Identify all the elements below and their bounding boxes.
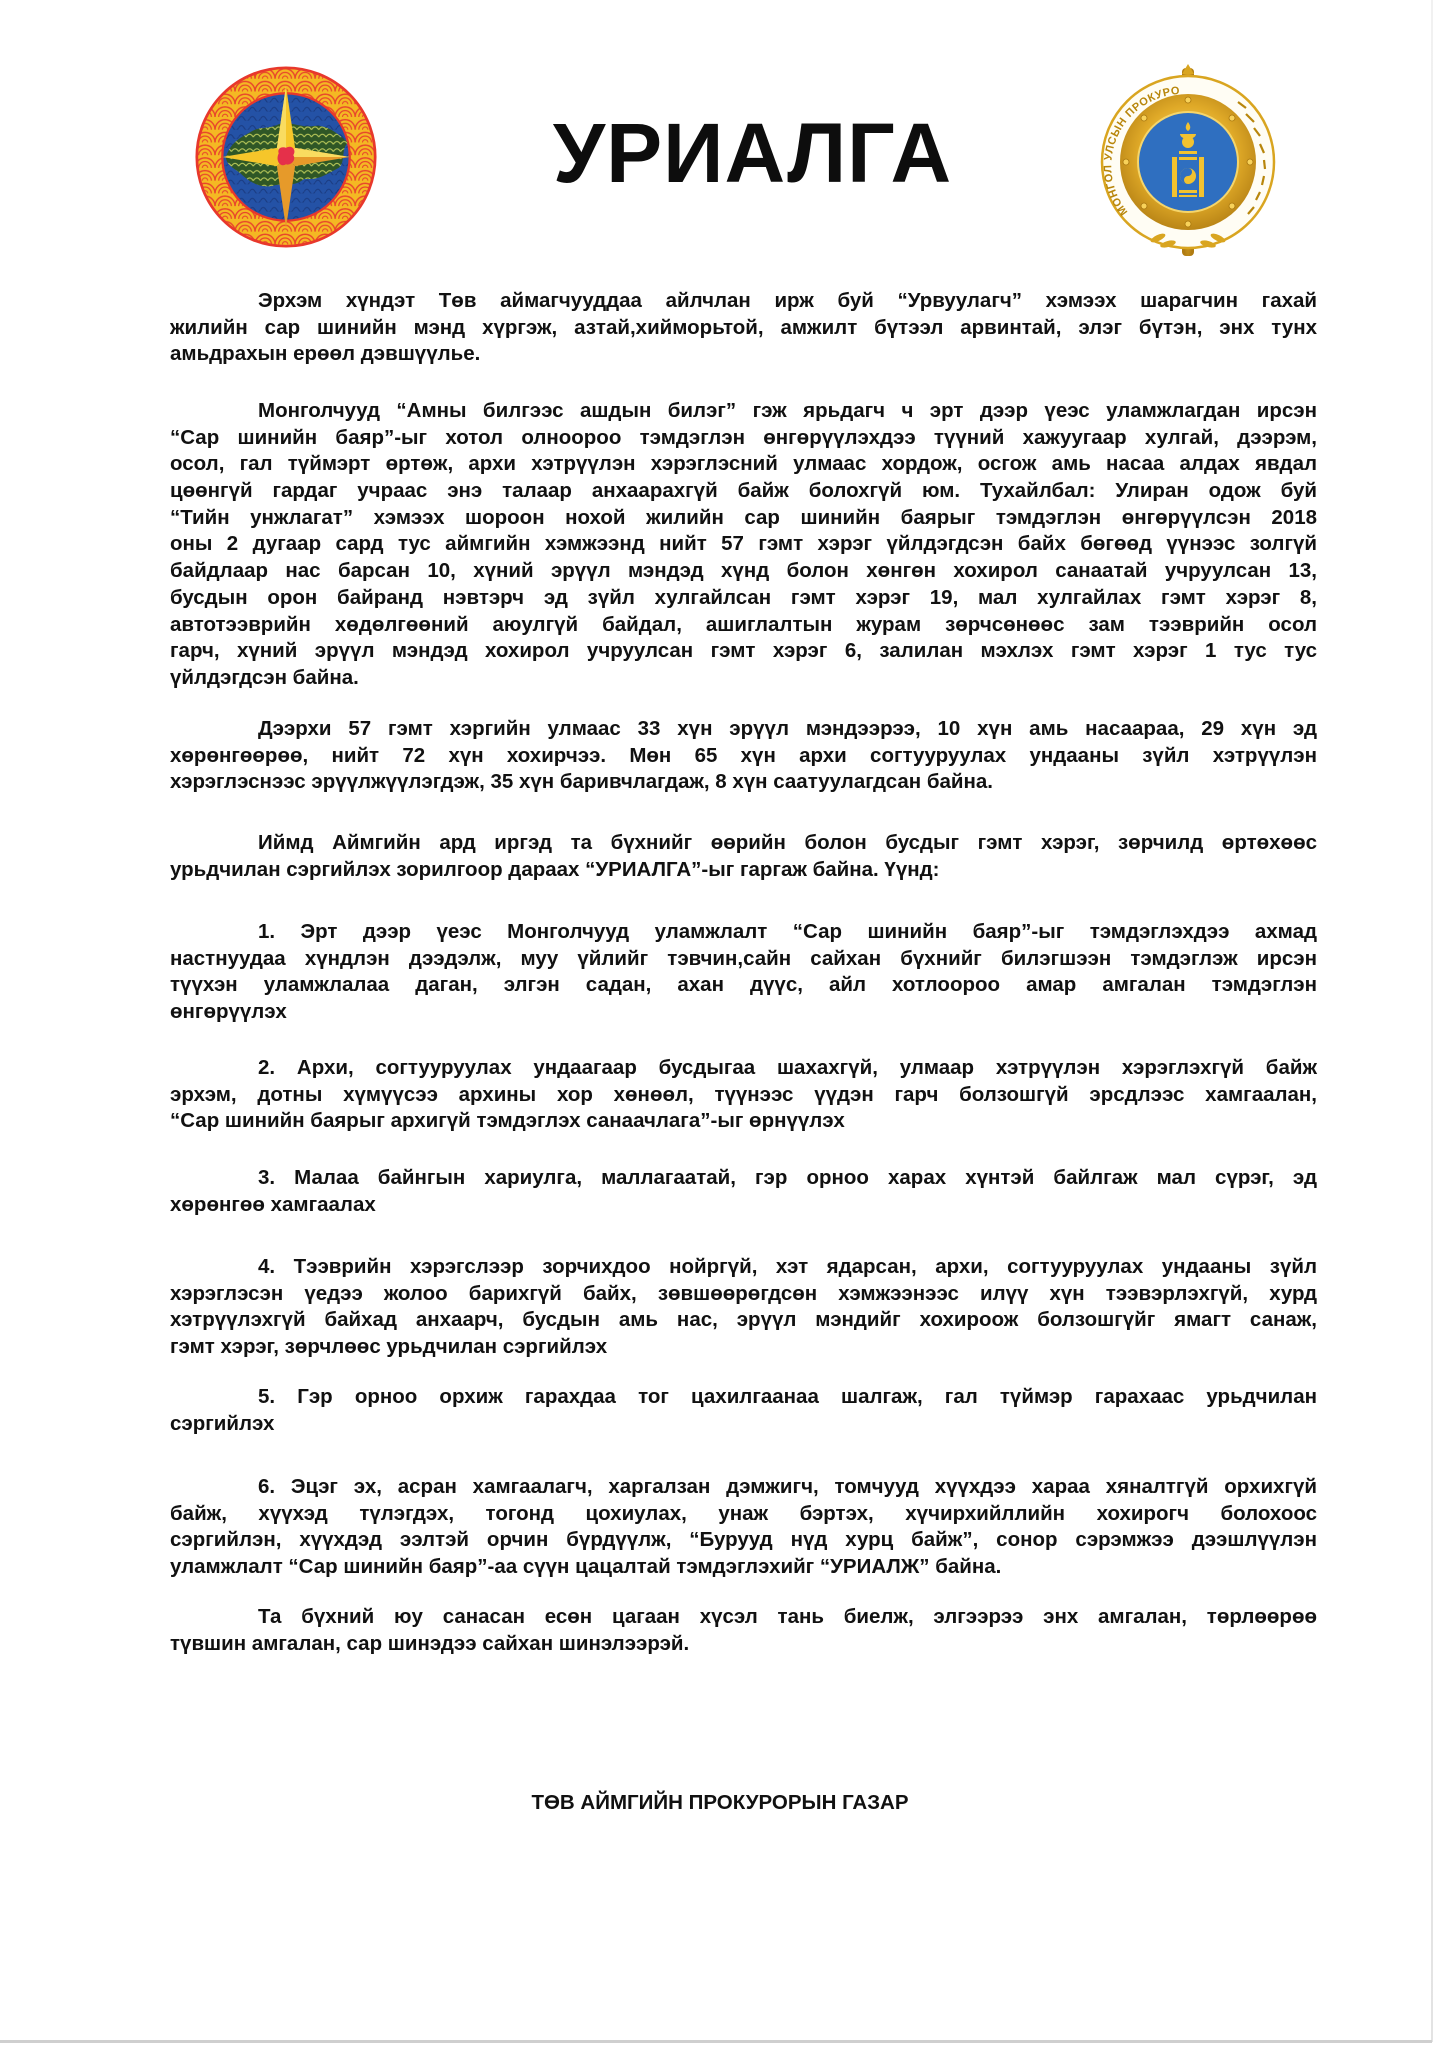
statistics-paragraph: Монголчууд “Амны билгээс ашдын билэг” гэ… [170,398,1317,692]
text-line: оны 2 дугаар сард тус аймгийн хэмжээнд н… [170,531,1317,558]
text-line: гэмт хэрэг, зөрчлөөс урьдчилан сэргийлэх [170,1334,1317,1361]
greeting-paragraph: Эрхэм хүндэт Төв аймагчууддаа айлчлан ир… [170,288,1317,368]
text-line: амьдрахын ерөөл дэвшүүлье. [170,341,1317,368]
text-line: бусдын орон байранд нэвтэрч эд зүйл хулг… [170,585,1317,612]
text-line: үйлдэгдсэн байна. [170,665,1317,692]
text-line: хөрөнгөөрөө, нийт 72 хүн хохирчээ. Мөн 6… [170,743,1317,770]
text-line: осол, гал түймэрт өртөж, архи хэтрүүлэн … [170,451,1317,478]
appeal-intro-paragraph: Иймд Аймгийн ард иргэд та бүхнийг өөрийн… [170,830,1317,883]
text-line: Иймд Аймгийн ард иргэд та бүхнийг өөрийн… [170,830,1317,857]
text-line: автотээврийн хөдөлгөөний аюулгүй байдал,… [170,612,1317,639]
list-item-2: 2. Архи, согтууруулах ундаагаар бусдыгаа… [170,1055,1317,1135]
text-line: 1. Эрт дээр үеэс Монголчууд уламжлалт “С… [170,919,1317,946]
text-line: урьдчилан сэргийлэх зорилгоор дараах “УР… [170,857,1317,884]
text-line: 2. Архи, согтууруулах ундаагаар бусдыгаа… [170,1055,1317,1082]
list-item-1: 1. Эрт дээр үеэс Монголчууд уламжлалт “С… [170,919,1317,1026]
list-item-3: 3. Малаа байнгын хариулга, маллагаатай, … [170,1165,1317,1218]
emergency-emblem-logo [195,66,377,248]
scan-page-edge [1431,0,1433,2042]
text-line: хэрэглэснээс эрүүлжүүлэгдэж, 35 хүн бари… [170,769,1317,796]
text-line: “Сар шинийн баярыг архигүй тэмдэглэх сан… [170,1108,1317,1135]
text-line: 5. Гэр орноо орхиж гарахдаа тог цахилгаа… [170,1384,1317,1411]
text-line: түүхэн уламжлалаа даган, элгэн садан, ах… [170,972,1317,999]
text-line: цөөнгүй гардаг учраас энэ талаар анхаара… [170,478,1317,505]
text-line: 4. Тээврийн хэрэгслээр зорчихдоо нойргүй… [170,1254,1317,1281]
list-item-6: 6. Эцэг эх, асран хамгаалагч, харгалзан … [170,1474,1317,1581]
text-line: 3. Малаа байнгын хариулга, маллагаатай, … [170,1165,1317,1192]
text-line: настнуудаа хүндлэн дээдэлж, муу үйлийг т… [170,946,1317,973]
text-line: өнгөрүүлэх [170,999,1317,1026]
text-line: сэргийлэх [170,1411,1317,1438]
page-title: УРИАЛГА [540,105,965,201]
text-line: “Тийн унжлагат” хэмээх шороон нохой жили… [170,505,1317,532]
text-line: жилийн сар шинийн мэнд хүргэж, азтай,хий… [170,315,1317,342]
text-line: хөрөнгөө хамгаалах [170,1192,1317,1219]
text-line: уламжлалт “Сар шинийн баяр”-аа сүүн цаца… [170,1554,1317,1581]
text-line: Эрхэм хүндэт Төв аймагчууддаа айлчлан ир… [170,288,1317,315]
text-line: Дээрхи 57 гэмт хэргийн улмаас 33 хүн эрү… [170,716,1317,743]
text-line: хэтрүүлэхгүй байхад анхаарч, бусдын амь … [170,1307,1317,1334]
text-line: гарч, хүний эрүүл мэндэд хохирол учруулс… [170,638,1317,665]
closing-wishes-paragraph: Та бүхний юу санасан есөн цагаан хүсэл т… [170,1604,1317,1657]
text-line: эрхэм, дотны хүмүүсээ архины хор хөнөөл,… [170,1082,1317,1109]
scan-page-edge-bottom [0,2040,1432,2043]
soyombo-emblem-icon: МОНГОЛ УЛСЫН ПРОКУРОР [1088,62,1288,262]
text-line: Та бүхний юу санасан есөн цагаан хүсэл т… [170,1604,1317,1631]
casualties-paragraph: Дээрхи 57 гэмт хэргийн улмаас 33 хүн эрү… [170,716,1317,796]
text-line: байдлаар нас барсан 10, хүний эрүүл мэнд… [170,558,1317,585]
list-item-5: 5. Гэр орноо орхиж гарахдаа тог цахилгаа… [170,1384,1317,1437]
text-line: түвшин амгалан, сар шинэдээ сайхан шинэл… [170,1631,1317,1658]
text-line: “Сар шинийн баяр”-ыг хотол олноороо тэмд… [170,425,1317,452]
signature-organization: ТӨВ АЙМГИЙН ПРОКУРОРЫН ГАЗАР [470,1790,970,1816]
compass-star-emblem-icon [195,66,377,248]
text-line: хэрэглэсэн үедээ жолоо барихгүй байх, зө… [170,1281,1317,1308]
text-line: Монголчууд “Амны билгээс ашдын билэг” гэ… [170,398,1317,425]
text-line: сэргийлэн, хүүхдэд ээлтэй орчин бүрдүүлж… [170,1527,1317,1554]
text-line: 6. Эцэг эх, асран хамгаалагч, харгалзан … [170,1474,1317,1501]
text-line: байж, хүүхэд түлэгдэх, тогонд цохиулах, … [170,1501,1317,1528]
prosecutor-emblem-logo: МОНГОЛ УЛСЫН ПРОКУРОР [1088,62,1288,262]
list-item-4: 4. Тээврийн хэрэгслээр зорчихдоо нойргүй… [170,1254,1317,1361]
